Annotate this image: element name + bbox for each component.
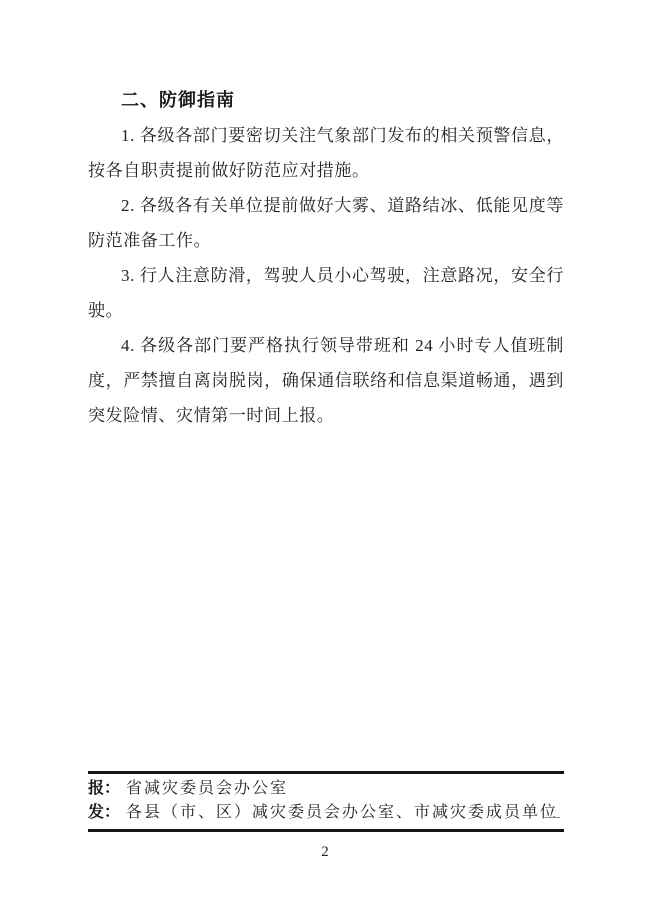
paragraph-3: 3. 行人注意防滑，驾驶人员小心驾驶，注意路况，安全行驶。 [88,258,564,328]
paragraph-4: 4. 各级各部门要严格执行领导带班和 24 小时专人值班制度，严禁擅自离岗脱岗，… [88,328,564,433]
paragraph-1: 1. 各级各部门要密切关注气象部门发布的相关预警信息，按各自职责提前做好防范应对… [88,118,564,188]
distribution-block: 报：省减灾委员会办公室 发：各县（市、区）减灾委员会办公室、市减灾委成员单位 _ [88,771,564,832]
document-body: 二、防御指南 1. 各级各部门要密切关注气象部门发布的相关预警信息，按各自职责提… [88,83,564,433]
distribute-line: 发：各县（市、区）减灾委员会办公室、市减灾委成员单位 _ [88,801,564,825]
scan-artifact: _ [554,800,560,824]
section-heading: 二、防御指南 [88,83,564,118]
page-number: 2 [0,844,650,861]
distribute-text: 各县（市、区）减灾委员会办公室、市减灾委成员单位 [126,804,558,821]
report-line: 报：省减灾委员会办公室 [88,777,564,801]
report-label: 报： [88,780,120,797]
paragraph-2: 2. 各级各有关单位提前做好大雾、道路结冰、低能见度等防范准备工作。 [88,188,564,258]
report-text: 省减灾委员会办公室 [126,780,288,797]
distribute-label: 发： [88,804,120,821]
document-page: 二、防御指南 1. 各级各部门要密切关注气象部门发布的相关预警信息，按各自职责提… [0,0,650,919]
